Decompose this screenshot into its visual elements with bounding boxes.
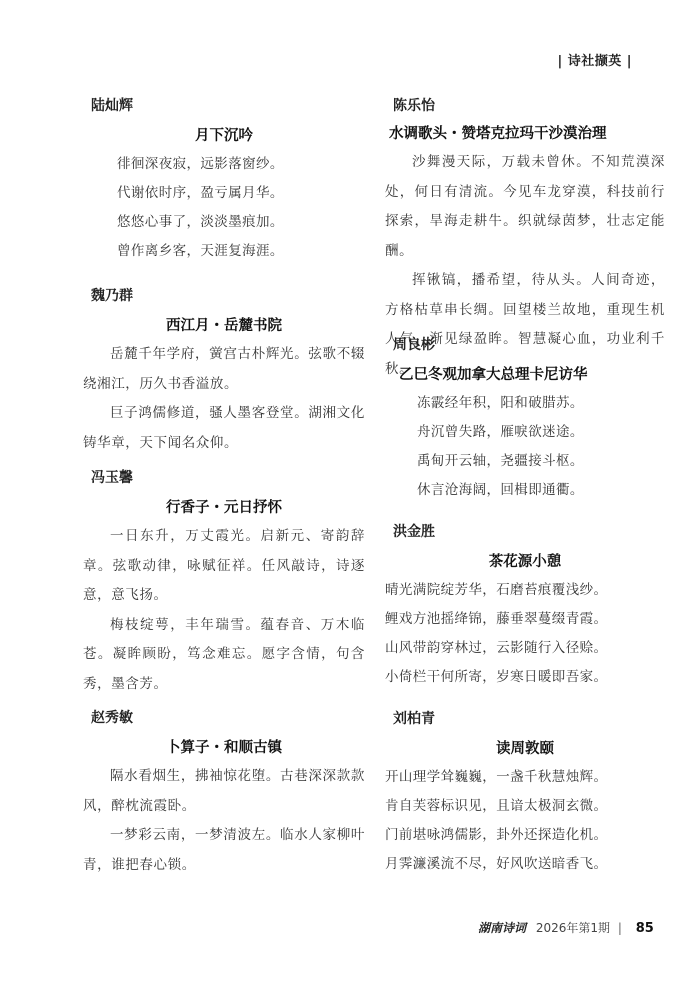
poem-body: 岳麓千年学府，黉宫古朴辉光。弦歌不辍绕湘江，历久书香溢放。 巨子鸿儒修道，骚人墨… (83, 340, 365, 458)
poem-entry: 陈乐怡 水调歌头・赞塔克拉玛干沙漠治理 沙舞漫天际，万载未曾休。不知荒漠深处，何… (385, 96, 665, 335)
poem-entry: 洪金胜 茶花源小憩 晴光满院绽芳华，石磨苔痕覆浅纱。 鲤戏方池摇绛锦，藤垂翠蔓缀… (385, 522, 665, 709)
poem-author: 陆灿辉 (91, 96, 365, 116)
poem-author: 陈乐怡 (393, 96, 665, 116)
poem-line: 肯自芙蓉标识见，且谙太极洞玄微。 (385, 792, 665, 821)
poem-line: 山风带韵穿林过，云影随行入径赊。 (385, 634, 665, 663)
poem-paragraph: 梅枝绽萼，丰年瑞雪。蕴春音、万木临苍。凝眸顾盼，笃念难忘。愿字含情，句含秀，墨含… (83, 611, 365, 700)
poem-title: 茶花源小憩 (385, 550, 665, 574)
magazine-name: 湖南诗词 (478, 921, 526, 935)
poem-line: 曾作离乡客，天涯复海涯。 (83, 237, 365, 266)
poem-title: 卜算子・和顺古镇 (83, 736, 365, 760)
poem-body: 一日东升，万丈霞光。启新元、寄韵辞章。弦歌动律，咏赋征祥。任风敲诗，诗逐意，意飞… (83, 522, 365, 699)
footer-separator: | (618, 921, 622, 935)
poem-line: 月霁濂溪流不尽，好风吹送暗香飞。 (385, 850, 665, 879)
left-column: 陆灿辉 月下沉吟 徘徊深夜寂，远影落窗纱。 代谢依时序，盈亏属月华。 悠悠心事了… (83, 96, 365, 880)
poem-line: 晴光满院绽芳华，石磨苔痕覆浅纱。 (385, 576, 665, 605)
poem-author: 赵秀敏 (91, 708, 365, 728)
poem-line: 徘徊深夜寂，远影落窗纱。 (83, 150, 365, 179)
issue-label: 2026年第1期 (536, 921, 610, 935)
poem-title: 行香子・元日抒怀 (83, 496, 365, 520)
poem-title: 西江月・岳麓书院 (83, 314, 365, 338)
poem-title: 读周敦颐 (385, 737, 665, 761)
section-tag: | 诗社撷英 | (557, 50, 632, 69)
poem-paragraph: 一梦彩云南，一梦清波左。临水人家柳叶青，谁把春心锁。 (83, 821, 365, 880)
poem-paragraph: 沙舞漫天际，万载未曾休。不知荒漠深处，何日有清流。今见车龙穿漠，科技前行探索，旱… (385, 148, 665, 266)
poem-line: 冻霰经年积，阳和破腊苏。 (385, 389, 665, 418)
poem-paragraph: 一日东升，万丈霞光。启新元、寄韵辞章。弦歌动律，咏赋征祥。任风敲诗，诗逐意，意飞… (83, 522, 365, 611)
poem-author: 冯玉馨 (91, 468, 365, 488)
poem-entry: 赵秀敏 卜算子・和顺古镇 隔水看烟生，拂袖惊花堕。古巷深深款款风，醉枕流霞卧。 … (83, 708, 365, 880)
poem-entry: 陆灿辉 月下沉吟 徘徊深夜寂，远影落窗纱。 代谢依时序，盈亏属月华。 悠悠心事了… (83, 96, 365, 286)
poem-entry: 刘柏青 读周敦颐 开山理学耸巍巍，一盏千秋慧烛辉。 肯自芙蓉标识见，且谙太极洞玄… (385, 709, 665, 879)
poem-paragraph: 岳麓千年学府，黉宫古朴辉光。弦歌不辍绕湘江，历久书香溢放。 (83, 340, 365, 399)
poem-paragraph: 巨子鸿儒修道，骚人墨客登堂。湖湘文化铸华章，天下闻名众仰。 (83, 399, 365, 458)
poem-line: 开山理学耸巍巍，一盏千秋慧烛辉。 (385, 763, 665, 792)
right-column: 陈乐怡 水调歌头・赞塔克拉玛干沙漠治理 沙舞漫天际，万载未曾休。不知荒漠深处，何… (385, 96, 665, 879)
poem-line: 休言沧海阔，回楫即通衢。 (385, 476, 665, 505)
poem-lines: 开山理学耸巍巍，一盏千秋慧烛辉。 肯自芙蓉标识见，且谙太极洞玄微。 门前堪咏鸿儒… (385, 763, 665, 879)
poem-lines: 徘徊深夜寂，远影落窗纱。 代谢依时序，盈亏属月华。 悠悠心事了，淡淡墨痕加。 曾… (83, 150, 365, 266)
poem-lines: 冻霰经年积，阳和破腊苏。 舟沉曾失路，雁唳欲迷途。 禹甸开云轴，尧疆接斗枢。 休… (385, 389, 665, 505)
poem-line: 悠悠心事了，淡淡墨痕加。 (83, 208, 365, 237)
poem-lines: 晴光满院绽芳华，石磨苔痕覆浅纱。 鲤戏方池摇绛锦，藤垂翠蔓缀青霞。 山风带韵穿林… (385, 576, 665, 692)
poem-line: 代谢依时序，盈亏属月华。 (83, 179, 365, 208)
poem-line: 禹甸开云轴，尧疆接斗枢。 (385, 447, 665, 476)
poem-paragraph: 隔水看烟生，拂袖惊花堕。古巷深深款款风，醉枕流霞卧。 (83, 762, 365, 821)
poem-entry: 冯玉馨 行香子・元日抒怀 一日东升，万丈霞光。启新元、寄韵辞章。弦歌动律，咏赋征… (83, 468, 365, 708)
poem-line: 舟沉曾失路，雁唳欲迷途。 (385, 418, 665, 447)
poem-author: 刘柏青 (393, 709, 665, 729)
page-number: 85 (636, 921, 654, 936)
poem-entry: 魏乃群 西江月・岳麓书院 岳麓千年学府，黉宫古朴辉光。弦歌不辍绕湘江，历久书香溢… (83, 286, 365, 468)
poem-body: 隔水看烟生，拂袖惊花堕。古巷深深款款风，醉枕流霞卧。 一梦彩云南，一梦清波左。临… (83, 762, 365, 880)
poem-line: 门前堪咏鸿儒影，卦外还探造化机。 (385, 821, 665, 850)
poem-author: 洪金胜 (393, 522, 665, 542)
poem-entry: 周良彬 乙巳冬观加拿大总理卡尼访华 冻霰经年积，阳和破腊苏。 舟沉曾失路，雁唳欲… (385, 335, 665, 522)
poem-line: 鲤戏方池摇绛锦，藤垂翠蔓缀青霞。 (385, 605, 665, 634)
poem-title: 月下沉吟 (83, 124, 365, 148)
poem-title: 水调歌头・赞塔克拉玛干沙漠治理 (389, 122, 665, 146)
poem-author: 魏乃群 (91, 286, 365, 306)
poem-line: 小倚栏干何所寄，岁寒日暖即吾家。 (385, 663, 665, 692)
page-footer: 湖南诗词 2026年第1期 | 85 (478, 919, 654, 936)
poem-title: 乙巳冬观加拿大总理卡尼访华 (399, 363, 665, 387)
